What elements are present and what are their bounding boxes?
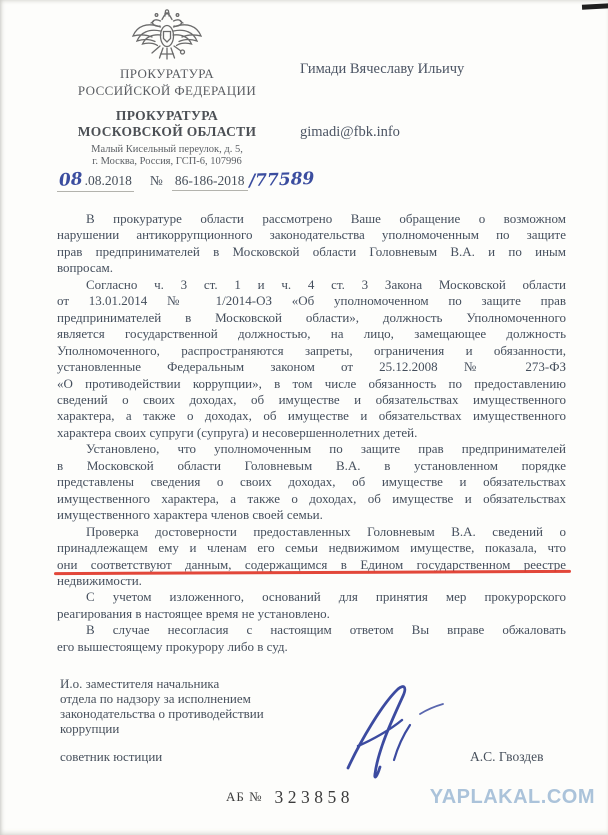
handwritten-number-suffix: /77589 [248,169,314,191]
scanned-letter-page: ПРОКУРАТУРА РОССИЙСКОЙ ФЕДЕРАЦИИ ПРОКУРА… [0,0,608,835]
text-line: от 13.01.2014 № 1/2014-ОЗ «Об уполномоче… [57,293,566,309]
text-line: имущественного характера, а также о дохо… [57,491,566,507]
recipient-name: Гимади Вячеславу Ильичу [300,61,464,78]
handwritten-day: 08 [56,169,85,191]
text-line-red-underlined: они соответствуют данным, содержащимся в… [57,557,566,573]
scan-artifact-mark [582,3,608,9]
text-line: принадлежащем ему и членам его семьи нед… [57,540,566,556]
text-line: вопросам. [57,260,566,276]
org-region-line1: ПРОКУРАТУРА [28,108,306,124]
text-line: представлены сведения о своих доходах, о… [57,474,566,490]
org-address-line2: г. Москва, Россия, ГСП-6, 107996 [28,156,306,168]
text-line: В прокуратуре области рассмотрено Ваше о… [57,211,566,227]
text-line: в Московской области Головневым В.А. в у… [57,458,566,474]
text-line: является государственной должностью, на … [57,326,566,342]
text-line: недвижимости. [57,573,566,589]
watermark-yaplakal: YAPLAKAL.COM [430,786,595,809]
letterhead: ПРОКУРАТУРА РОССИЙСКОЙ ФЕДЕРАЦИИ ПРОКУРА… [28,8,306,168]
recipient-email: gimadi@fbk.info [300,124,400,141]
text-line: С учетом изложенного, оснований для прин… [57,589,566,605]
org-federation-line2: РОССИЙСКОЙ ФЕДЕРАЦИИ [28,83,306,98]
text-line: характера своих супруги (супруга) и несо… [57,425,566,441]
date-field: 08.08.2018 [57,170,134,192]
text-line: предпринимателей в Московской области», … [57,310,566,326]
signature-ink-icon [332,680,452,785]
form-series-label: АБ № [226,789,263,804]
paragraph-2: Согласно ч. 3 ст. 1 и ч. 4 ст. 3 Закона … [57,277,566,442]
text-line: характера, а также о доходах, об имущест… [57,408,566,424]
text-line: установленные Федеральным законом от 25.… [57,359,566,375]
signer-position-line: отдела по надзору за исполнением [60,691,264,706]
text-line: «О противодействии коррупции», в том чис… [57,376,566,392]
letter-body: В прокуратуре области рассмотрено Ваше о… [57,211,566,655]
org-region-line2: МОСКОВСКОЙ ОБЛАСТИ [28,124,306,140]
text-line: реагирования в настоящее время не устано… [57,606,566,622]
reference-row: 08.08.2018 № 86-186-2018 /77589 [57,170,314,192]
paragraph-1: В прокуратуре области рассмотрено Ваше о… [57,211,566,277]
signer-name: А.С. Гвоздев [470,749,544,765]
paragraph-5: С учетом изложенного, оснований для прин… [57,589,566,655]
outgoing-number: 86-186-2018 [172,173,248,191]
form-number: 323858 [275,787,355,807]
form-serial: АБ № 323858 [175,787,405,808]
text-line: Согласно ч. 3 ст. 1 и ч. 4 ст. 3 Закона … [57,277,566,293]
text-line: имущественного характера членов своей се… [57,507,566,523]
text-line: сведений о своих доходах, об имуществе и… [57,392,566,408]
text-line: Уполномоченного, распространяются запрет… [57,343,566,359]
org-federation-line1: ПРОКУРАТУРА [28,66,306,81]
text-line: В случае несогласия с настоящим ответом … [57,622,566,638]
number-sign: № [150,173,163,189]
paragraph-4: Проверка достоверности предоставленных Г… [57,524,566,590]
text-line: нарушении антикоррупционного законодател… [57,227,566,243]
signer-rank: советник юстиции [60,749,162,765]
text-line: Проверка достоверности предоставленных Г… [57,524,566,540]
coat-of-arms-eagle-icon [129,8,205,64]
signer-position-line: законодательства о противодействии [60,706,264,721]
text-line: прав предпринимателей в Московской облас… [57,244,566,260]
text-line: его вышестоящему прокурору либо в суд. [57,639,566,655]
signer-position: И.о. заместителя начальника отдела по на… [60,676,264,736]
signer-position-line: И.о. заместителя начальника [60,676,264,691]
printed-date: .08.2018 [85,173,132,188]
paragraph-3: Установлено, что уполномоченным по защит… [57,441,566,523]
text-line: Установлено, что уполномоченным по защит… [57,441,566,457]
signer-position-line: коррупции [60,721,264,736]
org-address-line1: Малый Кисельный переулок, д. 5, [28,144,306,156]
